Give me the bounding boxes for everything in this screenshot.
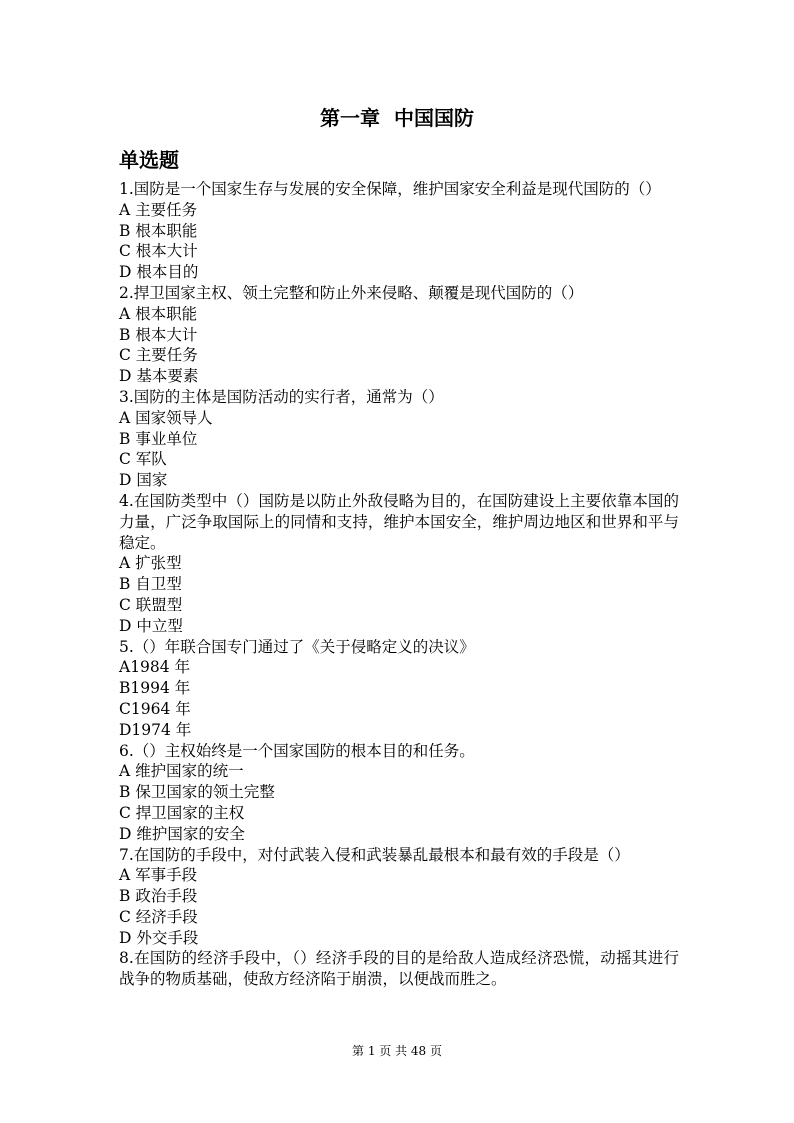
page-footer: 第 1 页 共 48 页 bbox=[0, 1043, 794, 1059]
option-c: C 联盟型 bbox=[119, 595, 679, 616]
option-d: D 维护国家的安全 bbox=[119, 824, 679, 845]
option-c: C 经济手段 bbox=[119, 907, 679, 928]
option-c: C 捍卫国家的主权 bbox=[119, 803, 679, 824]
question-7: 7.在国防的手段中，对付武装入侵和武装暴乱最根本和最有效的手段是（） A 军事手… bbox=[119, 845, 679, 949]
option-d: D 外交手段 bbox=[119, 928, 679, 949]
question-text: 5.（）年联合国专门通过了《关于侵略定义的决议》 bbox=[119, 637, 679, 658]
option-b: B 自卫型 bbox=[119, 574, 679, 595]
option-c: C 主要任务 bbox=[119, 345, 679, 366]
question-2: 2.捍卫国家主权、领土完整和防止外来侵略、颠覆是现代国防的（） A 根本职能 B… bbox=[119, 283, 679, 387]
option-b: B 事业单位 bbox=[119, 429, 679, 450]
option-a: A1984 年 bbox=[119, 657, 679, 678]
question-text: 7.在国防的手段中，对付武装入侵和武装暴乱最根本和最有效的手段是（） bbox=[119, 845, 679, 866]
option-a: A 维护国家的统一 bbox=[119, 761, 679, 782]
question-1: 1.国防是一个国家生存与发展的安全保障，维护国家安全利益是现代国防的（） A 主… bbox=[119, 179, 679, 283]
option-c: C1964 年 bbox=[119, 699, 679, 720]
option-d: D 基本要素 bbox=[119, 366, 679, 387]
option-d: D 中立型 bbox=[119, 616, 679, 637]
option-b: B 政治手段 bbox=[119, 886, 679, 907]
option-a: A 军事手段 bbox=[119, 865, 679, 886]
question-6: 6.（）主权始终是一个国家国防的根本目的和任务。 A 维护国家的统一 B 保卫国… bbox=[119, 741, 679, 845]
question-text: 6.（）主权始终是一个国家国防的根本目的和任务。 bbox=[119, 741, 679, 762]
option-d: D1974 年 bbox=[119, 720, 679, 741]
option-a: A 根本职能 bbox=[119, 304, 679, 325]
question-8: 8.在国防的经济手段中，（）经济手段的目的是给敌人造成经济恐慌，动摇其进行战争的… bbox=[119, 948, 679, 990]
option-d: D 根本目的 bbox=[119, 262, 679, 283]
option-b: B 保卫国家的领土完整 bbox=[119, 782, 679, 803]
question-text: 1.国防是一个国家生存与发展的安全保障，维护国家安全利益是现代国防的（） bbox=[119, 179, 679, 200]
question-list: 1.国防是一个国家生存与发展的安全保障，维护国家安全利益是现代国防的（） A 主… bbox=[119, 179, 679, 990]
section-heading: 单选题 bbox=[119, 146, 179, 174]
option-a: A 扩张型 bbox=[119, 553, 679, 574]
option-c: C 军队 bbox=[119, 449, 679, 470]
question-5: 5.（）年联合国专门通过了《关于侵略定义的决议》 A1984 年 B1994 年… bbox=[119, 637, 679, 741]
question-text: 8.在国防的经济手段中，（）经济手段的目的是给敌人造成经济恐慌，动摇其进行战争的… bbox=[119, 948, 679, 990]
option-b: B1994 年 bbox=[119, 678, 679, 699]
chapter-title: 第一章 中国国防 bbox=[0, 104, 794, 132]
question-text: 2.捍卫国家主权、领土完整和防止外来侵略、颠覆是现代国防的（） bbox=[119, 283, 679, 304]
option-b: B 根本大计 bbox=[119, 325, 679, 346]
option-b: B 根本职能 bbox=[119, 221, 679, 242]
option-a: A 国家领导人 bbox=[119, 408, 679, 429]
question-text: 3.国防的主体是国防活动的实行者，通常为（） bbox=[119, 387, 679, 408]
question-3: 3.国防的主体是国防活动的实行者，通常为（） A 国家领导人 B 事业单位 C … bbox=[119, 387, 679, 491]
option-d: D 国家 bbox=[119, 470, 679, 491]
question-text: 4.在国防类型中（）国防是以防止外敌侵略为目的，在国防建设上主要依靠本国的力量，… bbox=[119, 491, 679, 553]
document-page: 第一章 中国国防 单选题 1.国防是一个国家生存与发展的安全保障，维护国家安全利… bbox=[0, 0, 794, 1123]
question-4: 4.在国防类型中（）国防是以防止外敌侵略为目的，在国防建设上主要依靠本国的力量，… bbox=[119, 491, 679, 637]
option-a: A 主要任务 bbox=[119, 200, 679, 221]
option-c: C 根本大计 bbox=[119, 241, 679, 262]
